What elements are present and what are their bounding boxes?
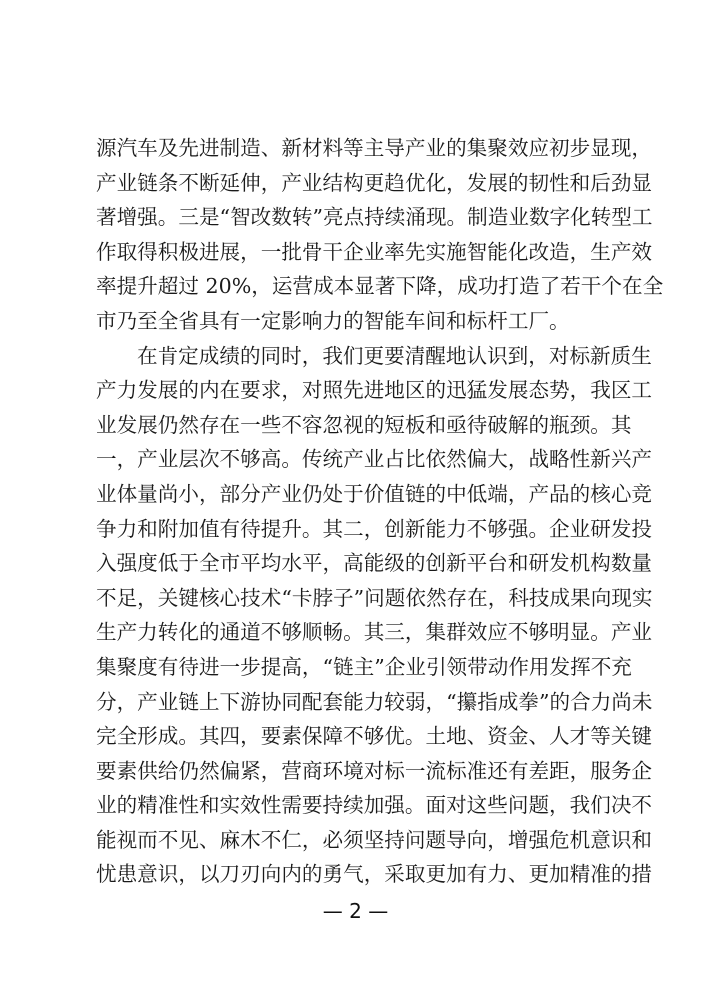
text-line: 能视而不见、麻木不仁，必须坚持问题导向，增强危机意识和 [96, 823, 618, 858]
text-line: 不足，关键核心技术“卡脖子”问题依然存在，科技成果向现实 [96, 581, 618, 616]
text-line: 作取得积极进展，一批骨干企业率先实施智能化改造，生产效 [96, 235, 618, 270]
text-line: 集聚度有待进一步提高，“链主”企业引领带动作用发挥不充 [96, 650, 618, 685]
body-text: 源汽车及先进制造、新材料等主导产业的集聚效应初步显现， 产业链条不断延伸，产业结… [96, 131, 618, 892]
text-line: 要素供给仍然偏紧，营商环境对标一流标准还有差距，服务企 [96, 754, 618, 789]
text-line: 源汽车及先进制造、新材料等主导产业的集聚效应初步显现， [96, 131, 618, 166]
document-page: 源汽车及先进制造、新材料等主导产业的集聚效应初步显现， 产业链条不断延伸，产业结… [0, 0, 711, 1006]
text-line: 业体量尚小，部分产业仍处于价值链的中低端，产品的核心竞 [96, 477, 618, 512]
text-line: 著增强。三是“智改数转”亮点持续涌现。制造业数字化转型工 [96, 200, 618, 235]
text-line: 业发展仍然存在一些不容忽视的短板和亟待破解的瓶颈。其 [96, 408, 618, 443]
text-line: 业的精准性和实效性需要持续加强。面对这些问题，我们决不 [96, 788, 618, 823]
text-line: 完全形成。其四，要素保障不够优。土地、资金、人才等关键 [96, 719, 618, 754]
text-line: 在肯定成绩的同时，我们更要清醒地认识到，对标新质生 [96, 339, 618, 374]
text-line: 率提升超过 20%，运营成本显著下降，成功打造了若干个在全 [96, 269, 618, 304]
text-line: 生产力转化的通道不够顺畅。其三，集群效应不够明显。产业 [96, 615, 618, 650]
text-line: 市乃至全省具有一定影响力的智能车间和标杆工厂。 [96, 304, 618, 339]
text-line: 忧患意识，以刀刃向内的勇气，采取更加有力、更加精准的措 [96, 857, 618, 892]
text-line: 产力发展的内在要求，对照先进地区的迅猛发展态势，我区工 [96, 373, 618, 408]
text-line: 一，产业层次不够高。传统产业占比依然偏大，战略性新兴产 [96, 442, 618, 477]
text-line: 产业链条不断延伸，产业结构更趋优化，发展的韧性和后劲显 [96, 166, 618, 201]
text-line: 争力和附加值有待提升。其二，创新能力不够强。企业研发投 [96, 512, 618, 547]
text-line: 分，产业链上下游协同配套能力较弱，“攥指成拳”的合力尚未 [96, 685, 618, 720]
page-number: — 2 — [0, 898, 711, 924]
text-line: 入强度低于全市平均水平，高能级的创新平台和研发机构数量 [96, 546, 618, 581]
